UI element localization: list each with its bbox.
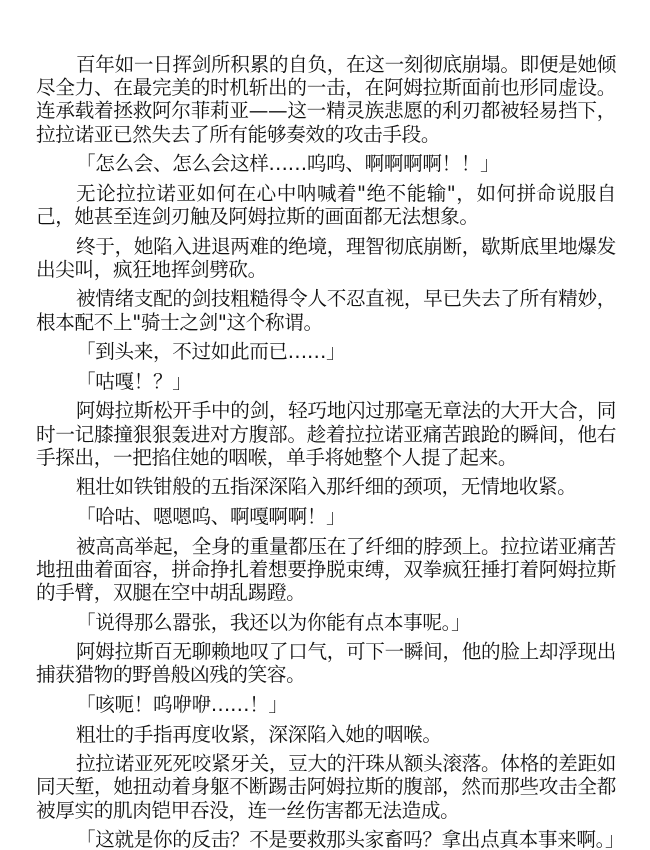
dialogue-line: 「哈咕、嗯嗯呜、啊嘎啊啊！」 <box>36 505 616 528</box>
narration-paragraph: 粗壮如铁钳般的五指深深陷入那纤细的颈项，无情地收紧。 <box>36 475 616 498</box>
narration-paragraph: 被情绪支配的剑技粗糙得令人不忍直视，早已失去了所有精妙，根本配不上"骑士之剑"这… <box>36 287 616 333</box>
narration-paragraph: 无论拉拉诺亚如何在心中呐喊着"绝不能输"，如何拼命说服自己，她甚至连剑刃触及阿姆… <box>36 182 616 228</box>
narration-paragraph: 终于，她陷入进退两难的绝境，理智彻底崩断，歇斯底里地爆发出尖叫，疯狂地挥剑劈砍。 <box>36 235 616 281</box>
narration-paragraph: 被高高举起，全身的重量都压在了纤细的脖颈上。拉拉诺亚痛苦地扭曲着面容，拼命挣扎着… <box>36 535 616 605</box>
dialogue-line: 「这就是你的反击？不是要救那头家畜吗？拿出点真本事来啊。」 <box>36 828 616 850</box>
document-page: 百年如一日挥剑所积累的自负，在这一刻彻底崩塌。即便是她倾尽全力、在最完美的时机斩… <box>36 53 616 850</box>
dialogue-line: 「说得那么嚣张，我还以为你能有点本事呢。」 <box>36 611 616 634</box>
narration-paragraph: 百年如一日挥剑所积累的自负，在这一刻彻底崩塌。即便是她倾尽全力、在最完美的时机斩… <box>36 53 616 146</box>
narration-paragraph: 粗壮的手指再度收紧，深深陷入她的咽喉。 <box>36 723 616 746</box>
dialogue-line: 「到头来，不过如此而已……」 <box>36 340 616 363</box>
dialogue-line: 「咳呃！呜咿咿……！」 <box>36 693 616 716</box>
dialogue-line: 「咕嘎！？」 <box>36 370 616 393</box>
narration-paragraph: 拉拉诺亚死死咬紧牙关，豆大的汗珠从额头滚落。体格的差距如同天堑，她扭动着身躯不断… <box>36 752 616 822</box>
narration-paragraph: 阿姆拉斯百无聊赖地叹了口气，可下一瞬间，他的脸上却浮现出捕获猎物的野兽般凶残的笑… <box>36 640 616 686</box>
narration-paragraph: 阿姆拉斯松开手中的剑，轻巧地闪过那毫无章法的大开大合，同时一记膝撞狠狠轰进对方腹… <box>36 399 616 469</box>
dialogue-line: 「怎么会、怎么会这样……呜呜、啊啊啊啊！！」 <box>36 152 616 175</box>
